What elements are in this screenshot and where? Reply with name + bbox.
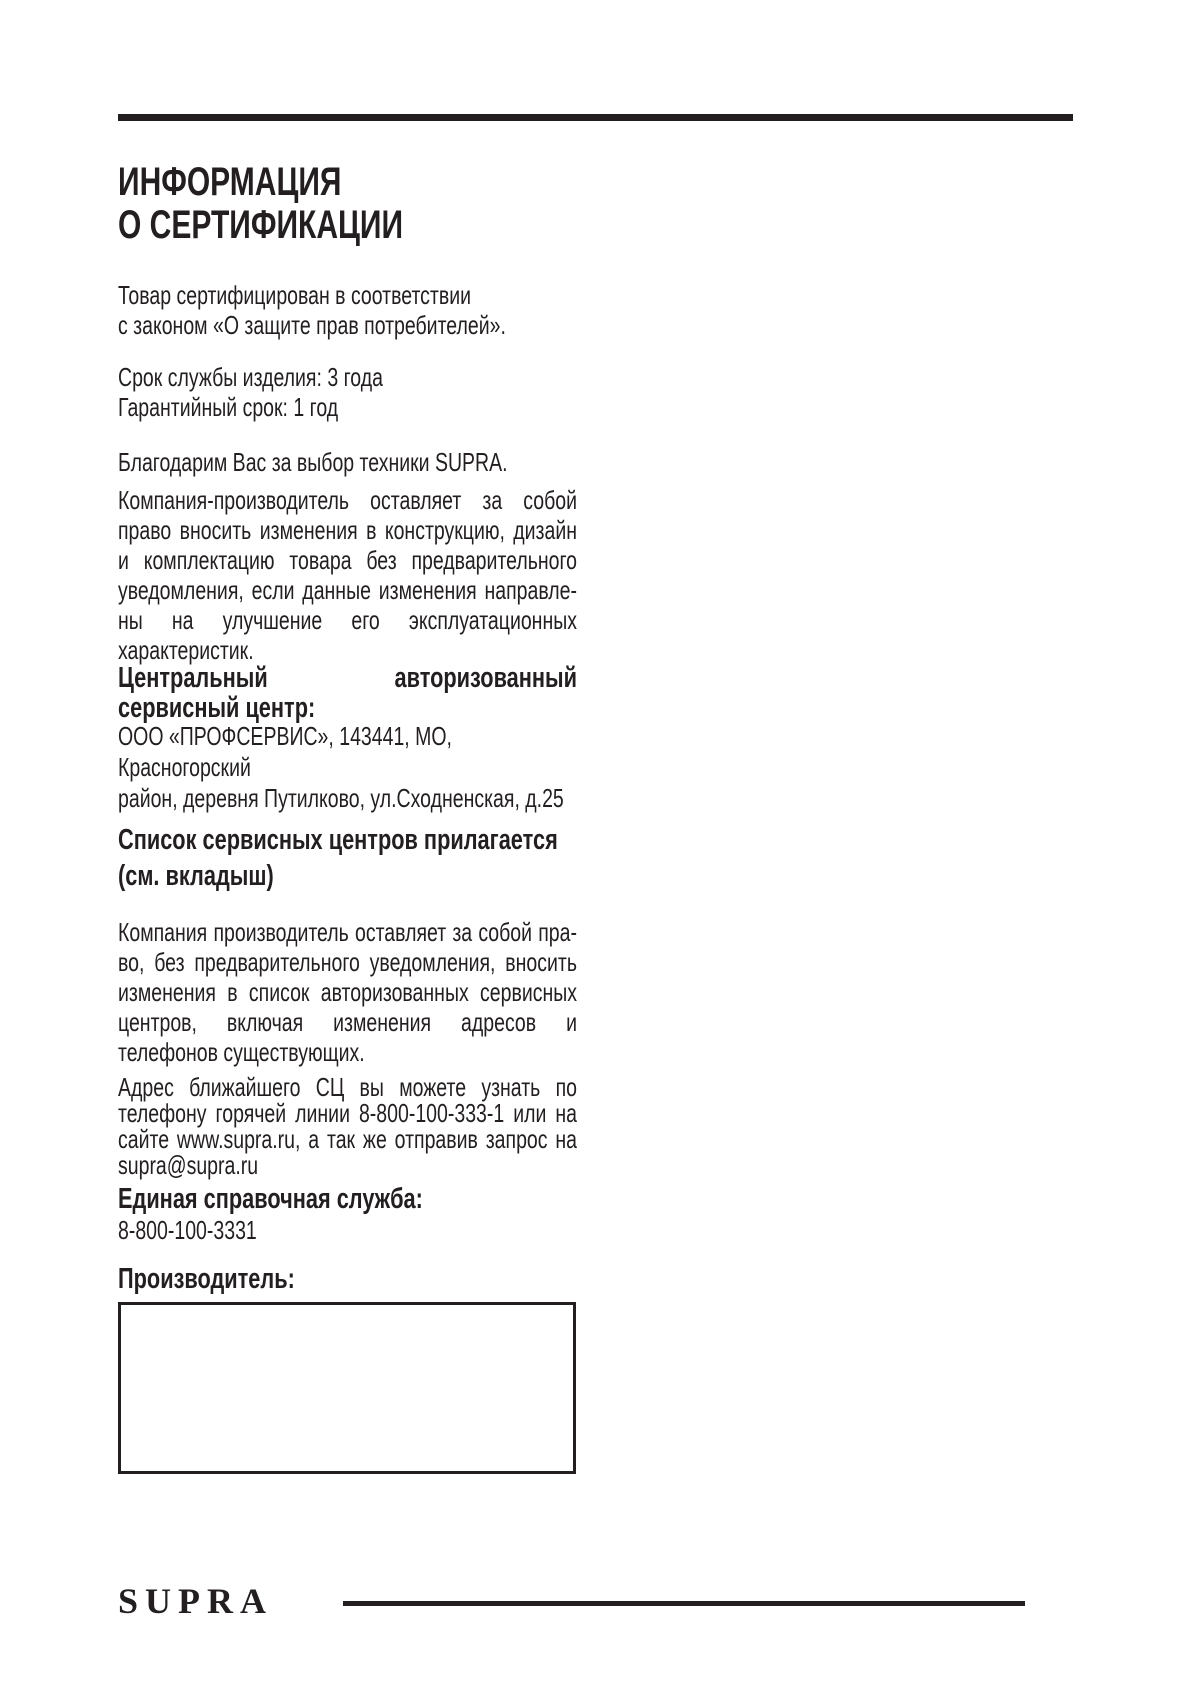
hotline-number: 8-800-100-3331 [118, 1215, 577, 1245]
service-life-paragraph: Срок службы изделия: 3 года Гарантийный … [118, 362, 577, 422]
thanks-paragraph: Благодарим Вас за выбор техники SUPRA. [118, 447, 577, 477]
nearest-service-center-paragraph: Адрес ближайшего СЦ вы можете узнать по … [118, 1074, 577, 1178]
manufacturer-box [118, 1302, 576, 1474]
service-list-note: (см. вкладыш) [118, 861, 577, 891]
certified-paragraph: Товар сертифицирован в соответствии с за… [118, 280, 577, 340]
top-rule [118, 114, 1073, 121]
brand-logo: SUPRA [118, 1587, 273, 1616]
footer-rule [343, 1601, 1025, 1606]
service-list-heading: Список сервисных центров прилагается [118, 825, 577, 855]
design-changes-paragraph: Компания-производитель оставляет за собо… [118, 485, 577, 665]
manufacturer-heading: Производитель: [118, 1264, 577, 1294]
hotline-heading: Единая справочная служба: [118, 1184, 577, 1214]
document-page: ИНФОРМАЦИЯ О СЕРТИФИКАЦИИ Товар сертифиц… [0, 0, 1190, 1684]
page-title: ИНФОРМАЦИЯ О СЕРТИФИКАЦИИ [118, 161, 577, 247]
service-list-changes-paragraph: Компания производитель оставляет за собо… [118, 917, 577, 1067]
central-service-heading: Центральный авторизованный сервисный цен… [118, 663, 577, 723]
central-service-address: ООО «ПРОФСЕРВИС», 143441, МО, Красногорс… [118, 721, 577, 814]
